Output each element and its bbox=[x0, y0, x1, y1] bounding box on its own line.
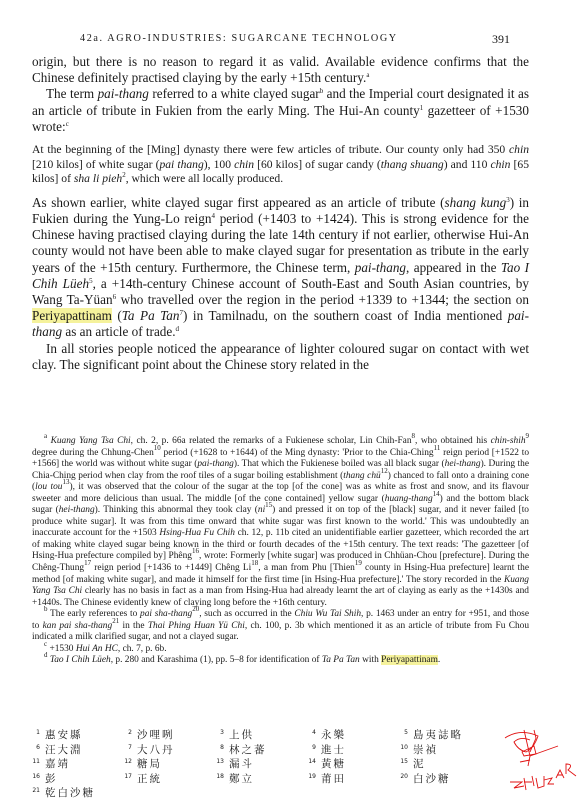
glossary-entry: 5島夷誌略 bbox=[400, 727, 492, 742]
glossary-entry: 10崇禎 bbox=[400, 742, 492, 757]
running-header: 42a. AGRO-INDUSTRIES: SUGARCANE TECHNOLO… bbox=[80, 33, 480, 44]
handwritten-signature-annotation bbox=[500, 726, 579, 796]
glossary-entry: 16彭 bbox=[32, 771, 124, 786]
search-highlight[interactable]: Periyapattinam bbox=[32, 308, 112, 323]
glossary-row: 6汪大淵 7大八丹 8林之蕃 9進士 10崇禎 bbox=[32, 742, 492, 757]
glossary-row: 11嘉靖 12糖局 13漏斗 14黃糖 15泥 bbox=[32, 756, 492, 771]
chinese-glossary: 1惠安縣 2沙哩咧 3上供 4永樂 5島夷誌略 6汪大淵 7大八丹 8林之蕃 9… bbox=[32, 727, 492, 799]
block-quote: At the beginning of the [Ming] dynasty t… bbox=[32, 143, 529, 187]
glossary-entry: 3上供 bbox=[216, 727, 308, 742]
footnotes: a Kuang Yang Tsa Chi, ch. 2, p. 66a rela… bbox=[32, 436, 529, 667]
search-highlight[interactable]: Periyapattinam bbox=[381, 655, 438, 665]
paragraph-3: As shown earlier, white clayed sugar fir… bbox=[32, 195, 529, 341]
glossary-entry: 11嘉靖 bbox=[32, 756, 124, 771]
glossary-entry: 9進士 bbox=[308, 742, 400, 757]
footnote-a: a Kuang Yang Tsa Chi, ch. 2, p. 66a rela… bbox=[32, 436, 529, 609]
glossary-entry: 8林之蕃 bbox=[216, 742, 308, 757]
footnote-ref-c[interactable]: c bbox=[66, 120, 69, 128]
footnote-c: c +1530 Hui An HC, ch. 7, p. 6b. bbox=[32, 644, 529, 656]
glossary-entry: 13漏斗 bbox=[216, 756, 308, 771]
document-page: 42a. AGRO-INDUSTRIES: SUGARCANE TECHNOLO… bbox=[0, 0, 579, 799]
glossary-entry: 1惠安縣 bbox=[32, 727, 124, 742]
glossary-entry: 12糖局 bbox=[124, 756, 216, 771]
glossary-entry: 21乾白沙糖 bbox=[32, 785, 124, 799]
glossary-row: 16彭 17正統 18鄭立 19莆田 20白沙糖 bbox=[32, 771, 492, 786]
footnote-b: b The early references to pai sha-thang2… bbox=[32, 609, 529, 644]
glossary-entry: 4永樂 bbox=[308, 727, 400, 742]
paragraph-4: In all stories people noticed the appear… bbox=[32, 341, 529, 373]
glossary-entry: 19莆田 bbox=[308, 771, 400, 786]
glossary-entry: 14黃糖 bbox=[308, 756, 400, 771]
glossary-entry: 2沙哩咧 bbox=[124, 727, 216, 742]
running-title: 42a. AGRO-INDUSTRIES: SUGARCANE TECHNOLO… bbox=[80, 33, 398, 44]
footnote-d: d Tao I Chih Lüeh, p. 280 and Karashima … bbox=[32, 655, 529, 667]
page-number: 391 bbox=[492, 32, 510, 47]
glossary-row: 1惠安縣 2沙哩咧 3上供 4永樂 5島夷誌略 bbox=[32, 727, 492, 742]
glossary-entry: 6汪大淵 bbox=[32, 742, 124, 757]
glossary-entry: 18鄭立 bbox=[216, 771, 308, 786]
glossary-entry: 15泥 bbox=[400, 756, 492, 771]
footnote-ref-d[interactable]: d bbox=[176, 325, 180, 333]
paragraph-1: origin, but there is no reason to regard… bbox=[32, 54, 529, 86]
glossary-entry: 17正統 bbox=[124, 771, 216, 786]
paragraph-2: The term pai-thang referred to a white c… bbox=[32, 86, 529, 135]
footnote-ref-a[interactable]: a bbox=[366, 71, 369, 79]
glossary-entry: 7大八丹 bbox=[124, 742, 216, 757]
main-text: origin, but there is no reason to regard… bbox=[32, 54, 529, 373]
glossary-row: 21乾白沙糖 bbox=[32, 785, 492, 799]
glossary-entry: 20白沙糖 bbox=[400, 771, 492, 786]
